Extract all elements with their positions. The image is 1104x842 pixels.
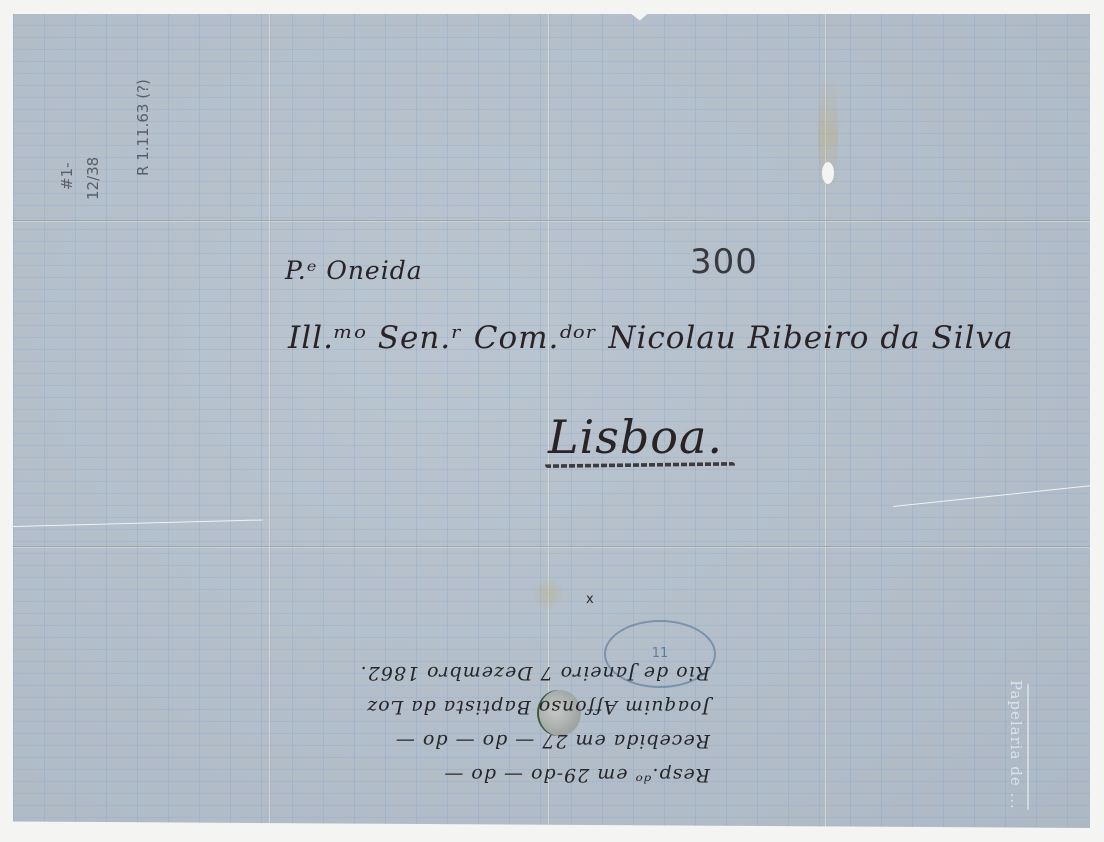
- age-stain: [533, 574, 563, 614]
- docket-line: Recebida em 27 — do — do —: [150, 718, 710, 752]
- pencil-note: R 1.11.63 (?): [134, 79, 152, 176]
- fold-line-horizontal: [13, 546, 1090, 548]
- embossed-rule: [1027, 684, 1029, 810]
- embossed-stationer-stamp: Papelaria de ...: [1007, 680, 1025, 810]
- paper-tear: [822, 162, 834, 184]
- paper-crease: [13, 519, 263, 527]
- docket-line: Rio de Janeiro 7 Dezembro 1862.: [150, 650, 710, 684]
- paper-crease: [893, 485, 1092, 507]
- pencil-note: #1-: [58, 162, 76, 190]
- docket-line: Joaquim Affonso Baptista da Loz: [150, 684, 710, 718]
- fold-line-horizontal: [13, 220, 1090, 222]
- age-stain: [818, 54, 838, 214]
- routing-instruction: P.ᵉ Oneida: [285, 256, 423, 285]
- addressee-line: Ill.ᵐᵒ Sen.ʳ Com.ᵈᵒʳ Nicolau Ribeiro da …: [288, 320, 1014, 356]
- destination-city: Lisboa.: [548, 410, 723, 464]
- docket-notes-upside-down: Resp.ᵈᵒ em 29-do — do — Recebida em 27 —…: [150, 650, 710, 786]
- small-x-mark: x: [586, 592, 594, 607]
- rate-marking: 300: [690, 242, 758, 282]
- pencil-note: 12/38: [84, 157, 102, 200]
- docket-line: Resp.ᵈᵒ em 29-do — do —: [150, 752, 710, 786]
